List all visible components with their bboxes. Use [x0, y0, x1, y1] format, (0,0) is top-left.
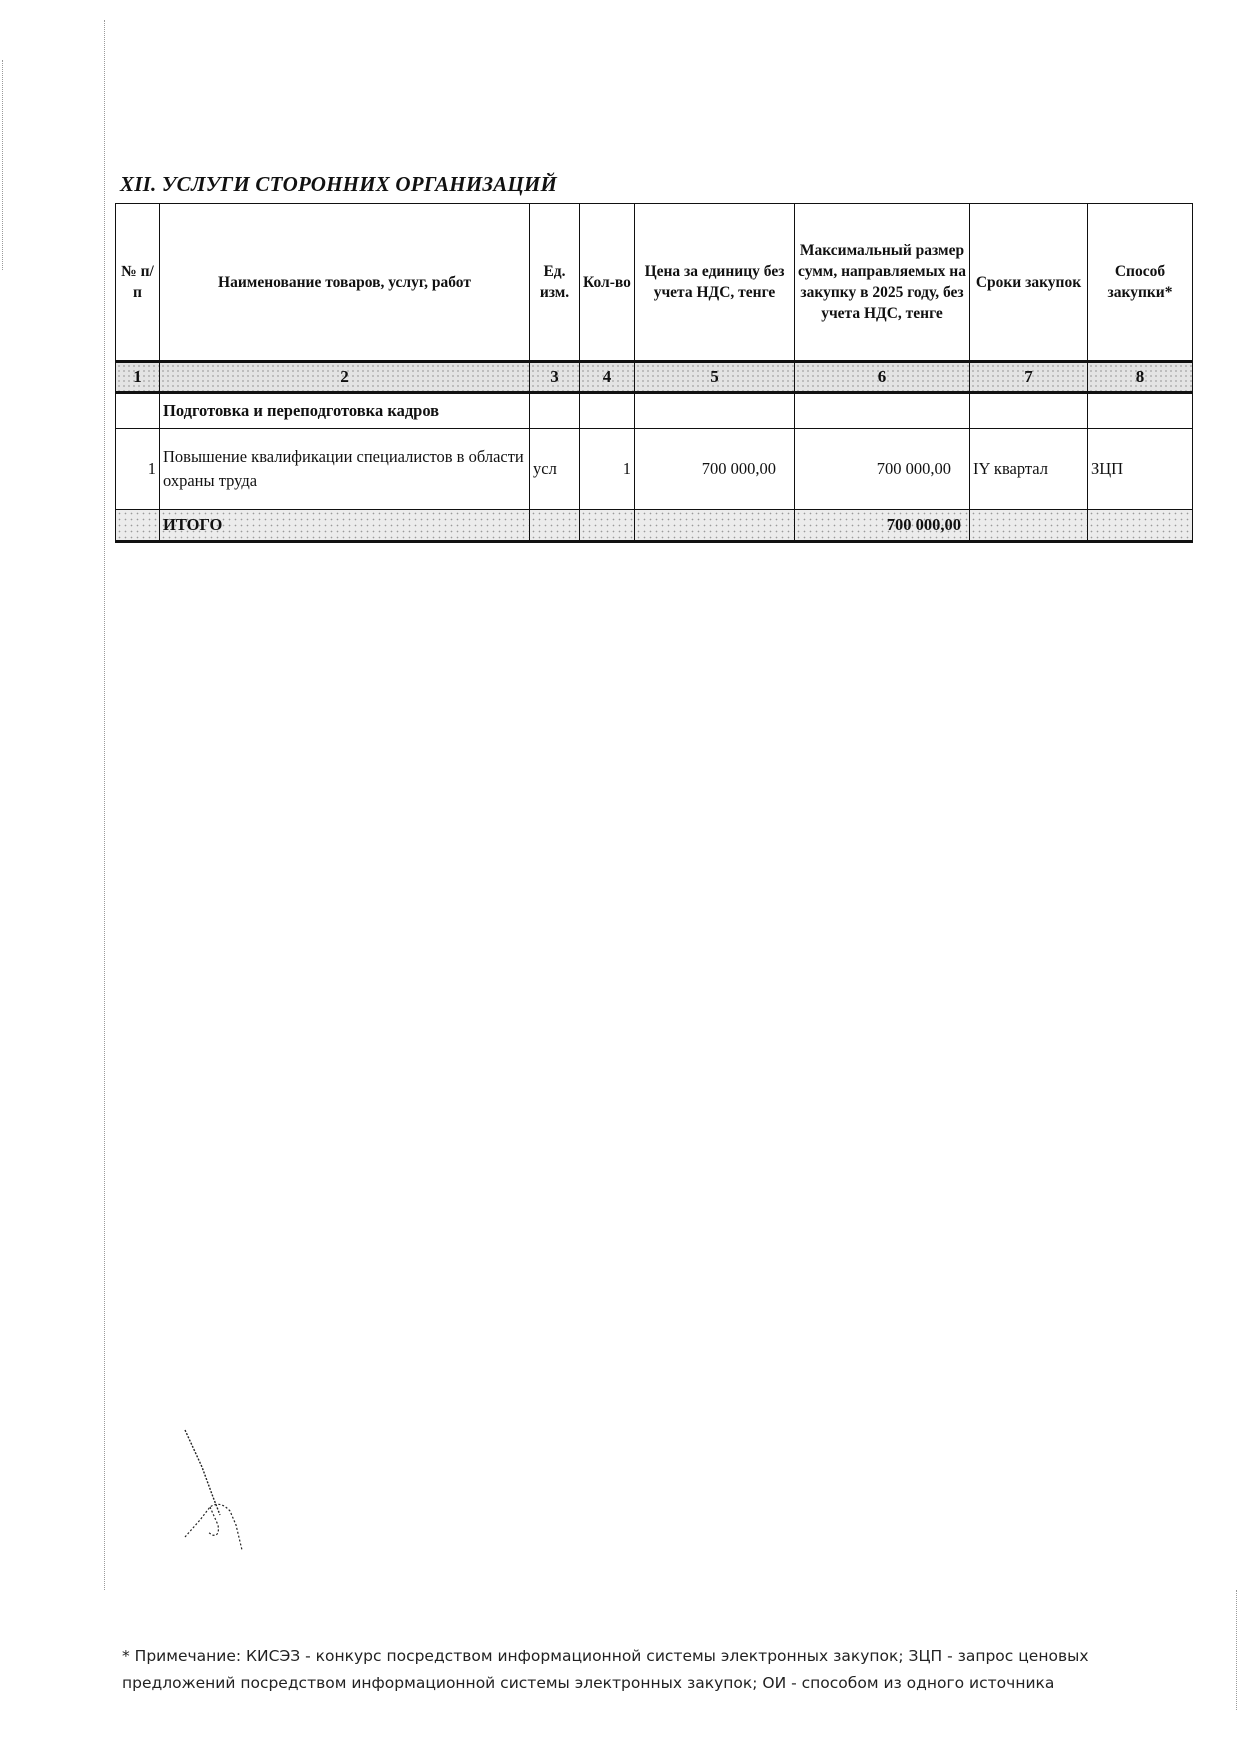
- total-label: ИТОГО: [160, 510, 530, 542]
- total-amount: 700 000,00: [795, 510, 970, 542]
- header-unit-price: Цена за единицу без учета НДС, тенге: [635, 204, 795, 362]
- column-number: 5: [635, 362, 795, 393]
- column-number: 3: [530, 362, 580, 393]
- section-title-cell: Подготовка и переподготовка кадров: [160, 393, 530, 429]
- empty-cell: [970, 393, 1088, 429]
- column-number: 4: [580, 362, 635, 393]
- header-number: № п/п: [116, 204, 160, 362]
- empty-cell: [635, 393, 795, 429]
- empty-cell: [795, 393, 970, 429]
- row-method: ЗЦП: [1088, 429, 1193, 510]
- total-row: ИТОГО 700 000,00: [116, 510, 1193, 542]
- header-period: Сроки закупок: [970, 204, 1088, 362]
- column-numbers-row: 1 2 3 4 5 6 7 8: [116, 362, 1193, 393]
- section-title: XII. УСЛУГИ СТОРОННИХ ОРГАНИЗАЦИЙ: [120, 172, 557, 197]
- procurement-table: № п/п Наименование товаров, услуг, работ…: [115, 203, 1193, 543]
- scan-edge-line: [2, 60, 3, 270]
- header-method: Способ закупки*: [1088, 204, 1193, 362]
- footnote: * Примечание: КИСЭЗ - конкурс посредство…: [122, 1643, 1132, 1697]
- header-name: Наименование товаров, услуг, работ: [160, 204, 530, 362]
- row-qty: 1: [580, 429, 635, 510]
- empty-cell: [530, 510, 580, 542]
- column-number: 2: [160, 362, 530, 393]
- column-number: 7: [970, 362, 1088, 393]
- empty-cell: [1088, 510, 1193, 542]
- empty-cell: [116, 393, 160, 429]
- row-number: 1: [116, 429, 160, 510]
- empty-cell: [116, 510, 160, 542]
- row-unit: усл: [530, 429, 580, 510]
- scan-margin-line: [104, 20, 105, 1590]
- section-row: Подготовка и переподготовка кадров: [116, 393, 1193, 429]
- header-row: № п/п Наименование товаров, услуг, работ…: [116, 204, 1193, 362]
- empty-cell: [580, 510, 635, 542]
- empty-cell: [530, 393, 580, 429]
- empty-cell: [635, 510, 795, 542]
- column-number: 6: [795, 362, 970, 393]
- empty-cell: [970, 510, 1088, 542]
- table-row: 1 Повышение квалификации специалистов в …: [116, 429, 1193, 510]
- header-qty: Кол-во: [580, 204, 635, 362]
- row-max-amount: 700 000,00: [795, 429, 970, 510]
- empty-cell: [580, 393, 635, 429]
- empty-cell: [1088, 393, 1193, 429]
- column-number: 1: [116, 362, 160, 393]
- signature-icon: [180, 1425, 260, 1555]
- row-period: IY квартал: [970, 429, 1088, 510]
- row-unit-price: 700 000,00: [635, 429, 795, 510]
- row-name: Повышение квалификации специалистов в об…: [160, 429, 530, 510]
- header-unit: Ед. изм.: [530, 204, 580, 362]
- scan-edge-line-right: [1236, 1590, 1237, 1710]
- column-number: 8: [1088, 362, 1193, 393]
- header-max-amount: Максимальный размер сумм, направляемых н…: [795, 204, 970, 362]
